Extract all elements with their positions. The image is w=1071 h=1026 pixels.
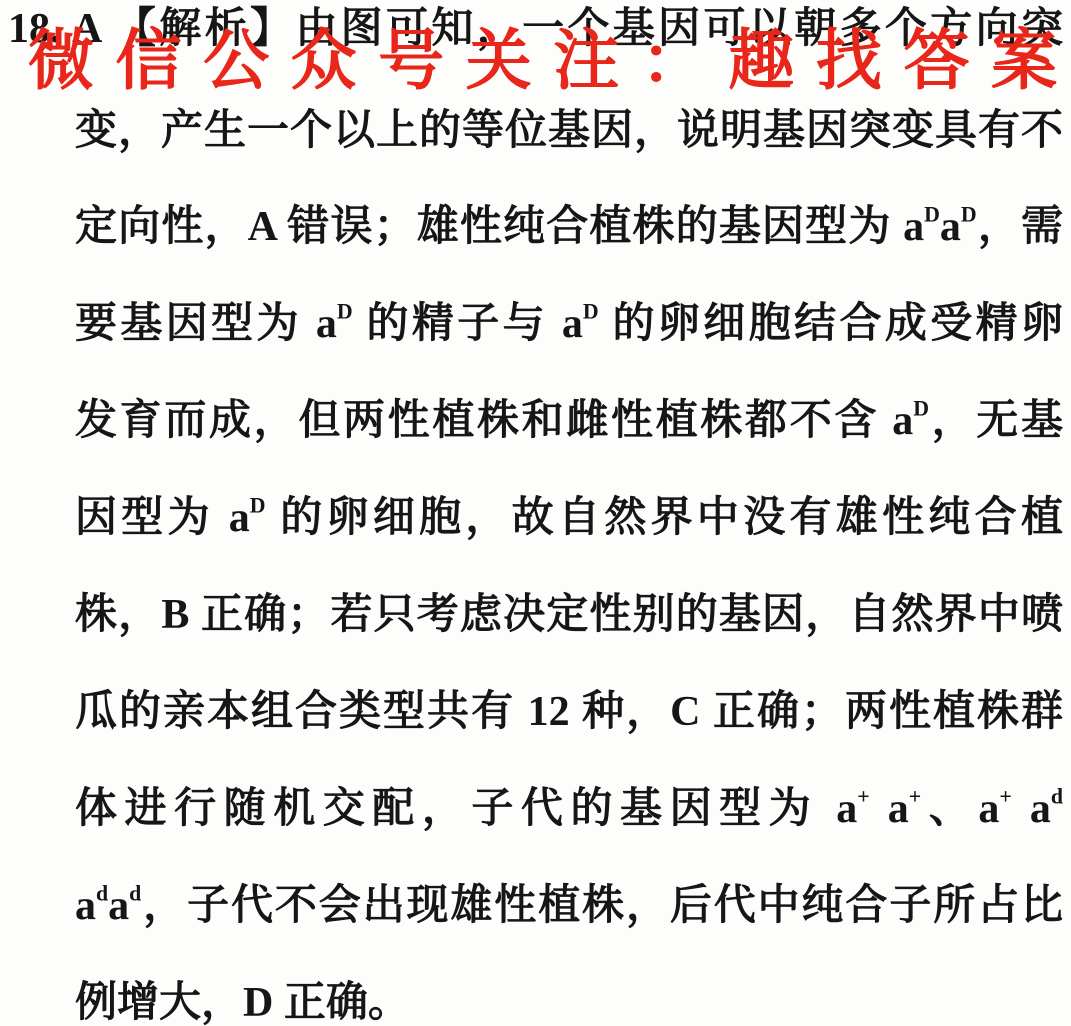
text-line-10: adad，子代不会出现雄性植株，后代中纯合子所占比 [75,881,1063,933]
text-line-9: 体进行随机交配，子代的基因型为 a+ a+、a+ ad [75,784,1063,836]
text-line-6: 因型为 aD 的卵细胞，故自然界中没有雄性纯合植 [75,493,1063,545]
text-line-4: 要基因型为 aD 的精子与 aD 的卵细胞结合成受精卵 [75,299,1063,351]
text-line-3: 定向性，A 错误；雄性纯合植株的基因型为 aDaD，需 [75,202,1063,254]
text-line-11: 例增大，D 正确。 [75,978,1063,1026]
text-line-1: 18. A 【解析】由图可知，一个基因可以朝多个方向突 [8,4,1063,56]
text-line-7: 株，B 正确；若只考虑决定性别的基因，自然界中喷 [75,590,1063,642]
text-line-5: 发育而成，但两性植株和雌性植株都不含 aD，无基 [75,396,1063,448]
text-line-2: 变，产生一个以上的等位基因，说明基因突变具有不 [75,106,1063,158]
scanned-answer-page: 18. A 【解析】由图可知，一个基因可以朝多个方向突 变，产生一个以上的等位基… [0,0,1071,1026]
text-line-8: 瓜的亲本组合类型共有 12 种，C 正确；两性植株群 [75,687,1063,739]
question-number-and-answer: 18. A [8,6,100,52]
